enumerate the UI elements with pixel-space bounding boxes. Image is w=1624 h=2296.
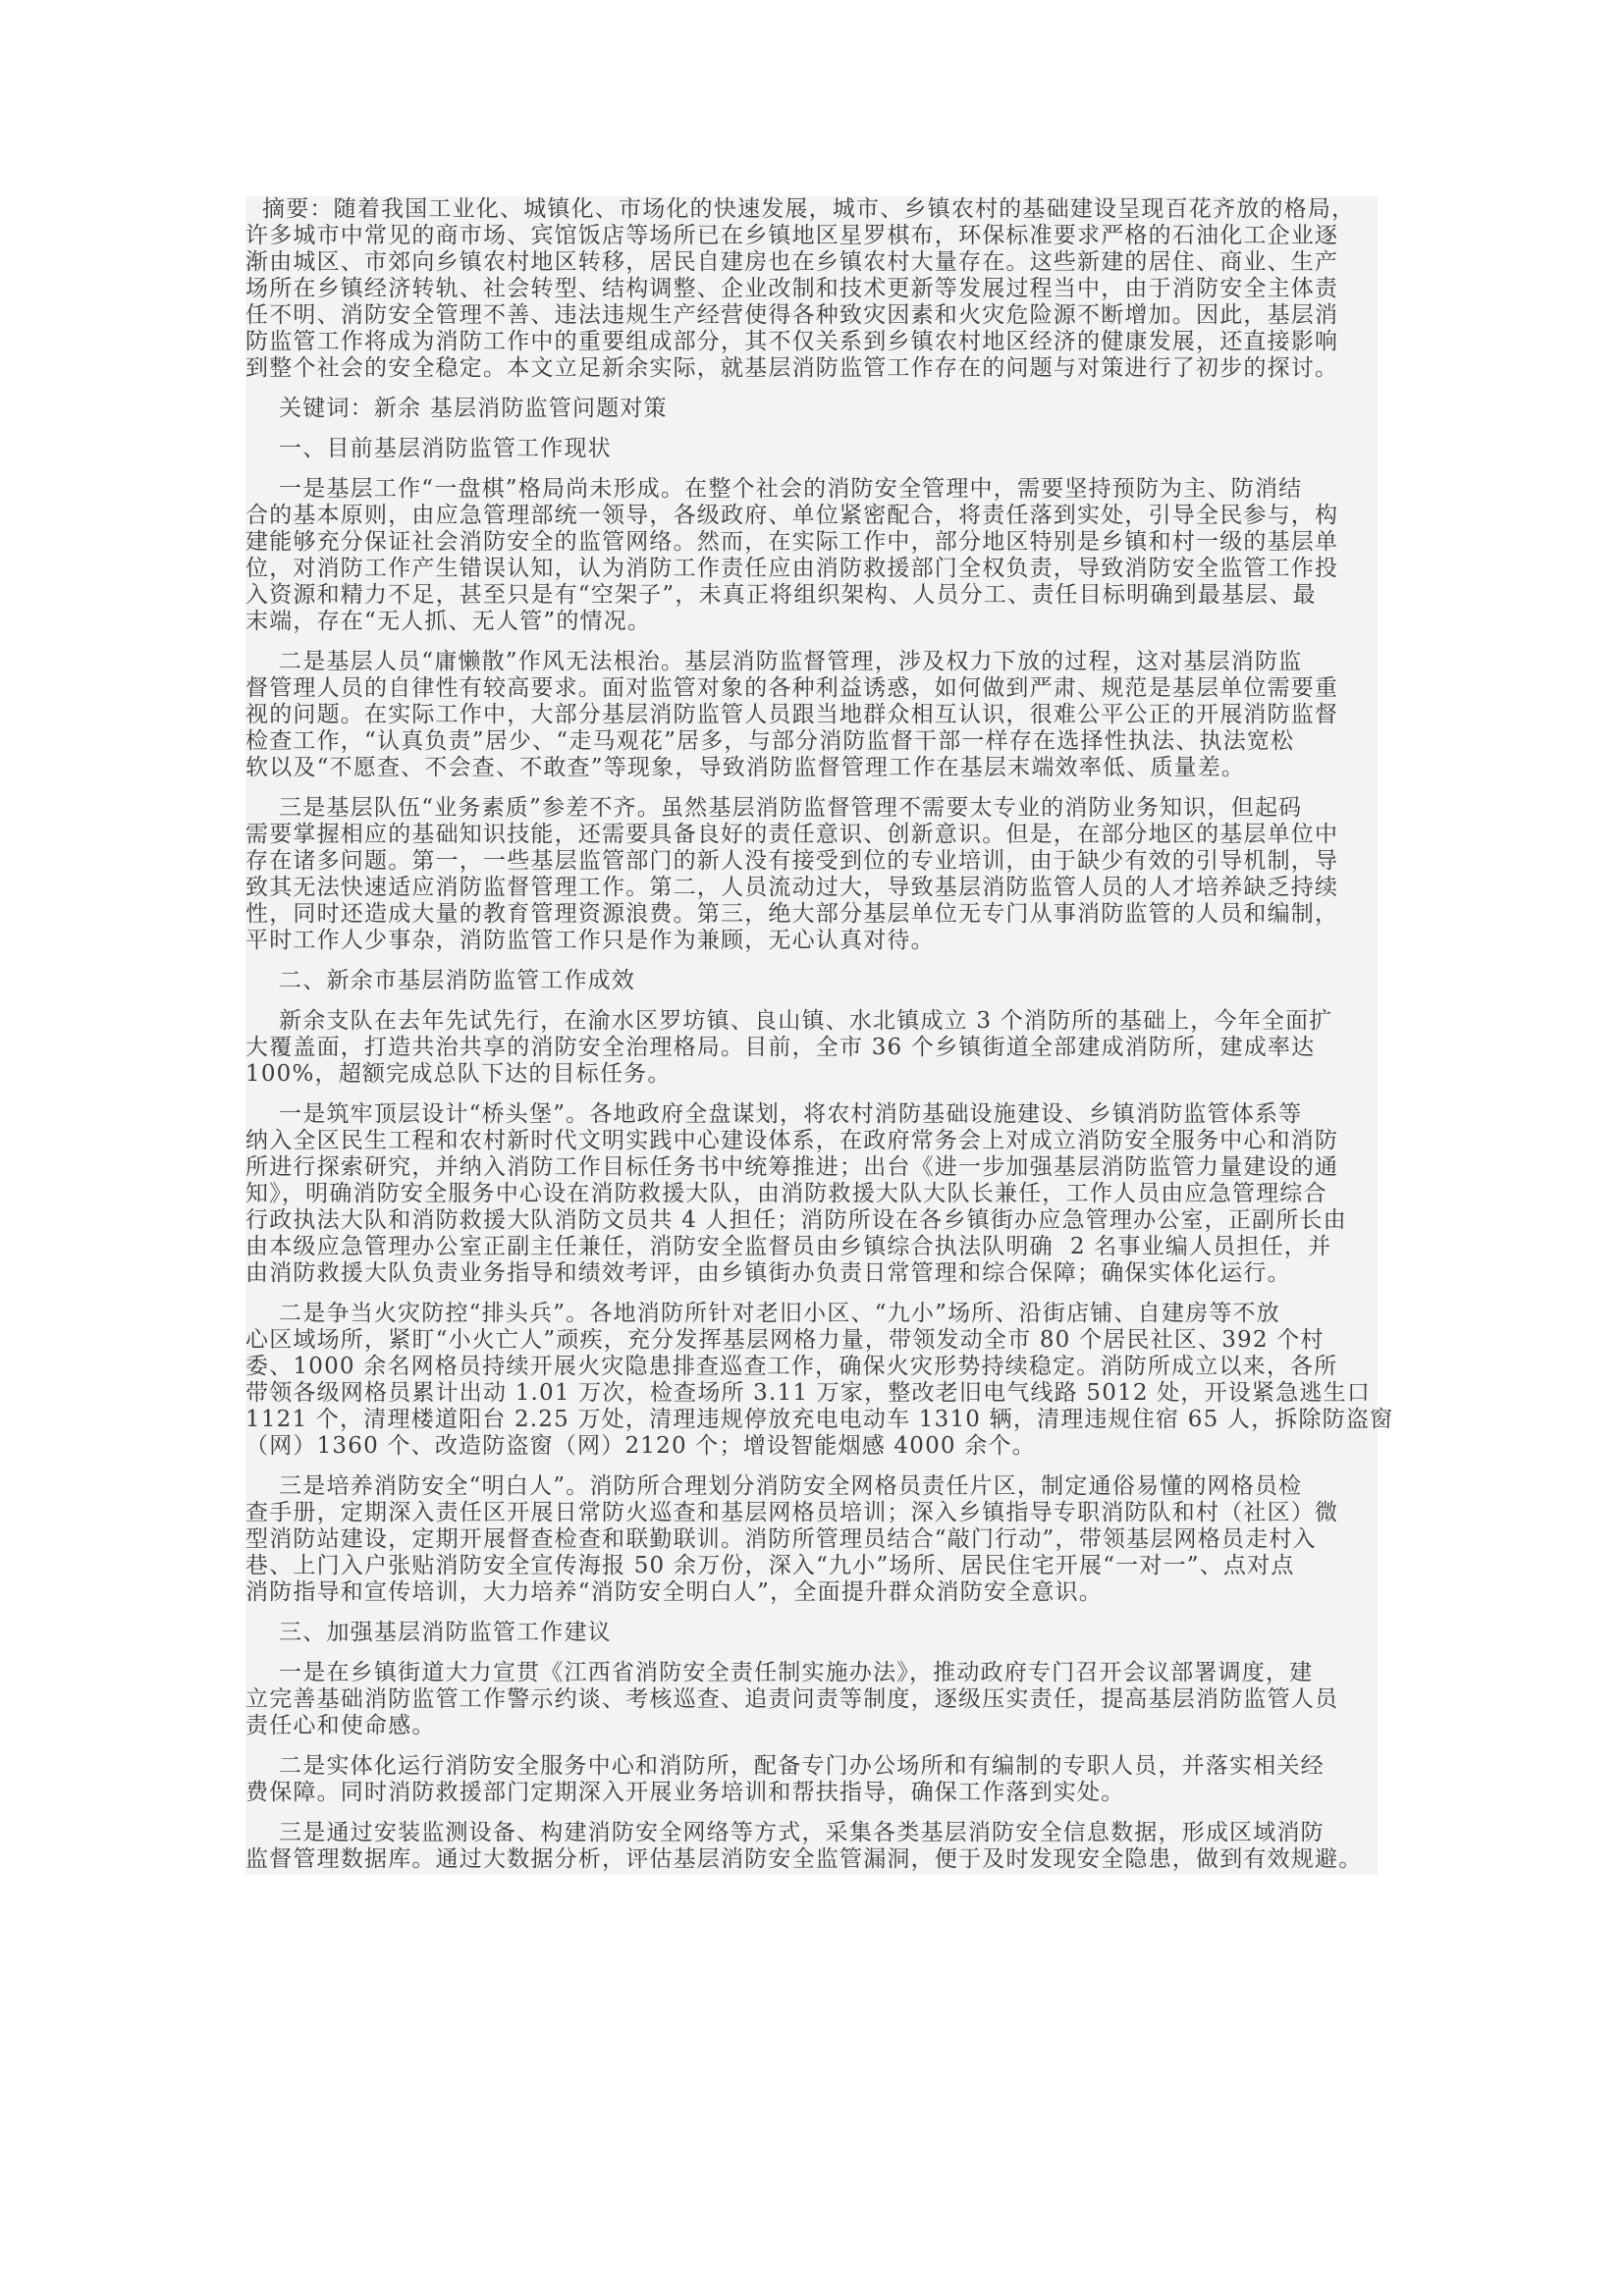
text-line: 三是基层队伍“业务素质”参差不齐。虽然基层消防监督管理不需要太专业的消防业务知识…: [245, 795, 1378, 822]
section-3-paragraph-1: 一是在乡镇街道大力宣贯《江西省消防安全责任制实施办法》，推动政府专门召开会议部署…: [245, 1660, 1378, 1739]
text-line: 二是争当火灾防控“排头兵”。各地消防所针对老旧小区、“九小”场所、沿街店铺、自建…: [245, 1301, 1378, 1327]
text-line: 三、加强基层消防监管工作建议: [245, 1620, 1378, 1646]
text-line: 由消防救援大队负责业务指导和绩效考评，由乡镇街办负责日常管理和综合保障；确保实体…: [245, 1260, 1378, 1287]
text-line: 监督管理数据库。通过大数据分析，评估基层消防安全监管漏洞，便于及时发现安全隐患，…: [245, 1846, 1378, 1873]
text-line: 一是在乡镇街道大力宣贯《江西省消防安全责任制实施办法》，推动政府专门召开会议部署…: [245, 1660, 1378, 1686]
text-line: 防监管工作将成为消防工作中的重要组成部分，其不仅关系到乡镇农村地区经济的健康发展…: [245, 329, 1378, 355]
keywords-paragraph: 关键词：新余 基层消防监管问题对策: [245, 396, 1378, 422]
section-1-paragraph-1: 一是基层工作“一盘棋”格局尚未形成。在整个社会的消防安全管理中，需要坚持预防为主…: [245, 476, 1378, 635]
text-line: 软以及“不愿查、不会查、不敢查”等现象，导致消防监督管理工作在基层末端效率低、质…: [245, 755, 1378, 781]
text-line: 巷、上门入户张贴消防安全宣传海报 50 余万份，深入“九小”场所、居民住宅开展“…: [245, 1553, 1378, 1579]
section-3-heading: 三、加强基层消防监管工作建议: [245, 1620, 1378, 1646]
section-2-paragraph-1: 一是筑牢顶层设计“桥头堡”。各地政府全盘谋划，将农村消防基础设施建设、乡镇消防监…: [245, 1101, 1378, 1287]
text-line: 查手册，定期深入责任区开展日常防火巡查和基层网格员培训；深入乡镇指导专职消防队和…: [245, 1500, 1378, 1526]
text-line: 视的问题。在实际工作中，大部分基层消防监管人员跟当地群众相互认识，很难公平公正的…: [245, 702, 1378, 728]
text-line: 所进行探索研究，并纳入消防工作目标任务书中统筹推进；出台《进一步加强基层消防监管…: [245, 1154, 1378, 1181]
text-line: 型消防站建设，定期开展督查检查和联勤联训。消防所管理员结合“敲门行动”，带领基层…: [245, 1526, 1378, 1553]
section-1-heading: 一、目前基层消防监管工作现状: [245, 436, 1378, 462]
text-line: 纳入全区民生工程和农村新时代文明实践中心建设体系，在政府常务会上对成立消防安全服…: [245, 1128, 1378, 1154]
text-line: 大覆盖面，打造共治共享的消防安全治理格局。目前，全市 36 个乡镇街道全部建成消…: [245, 1035, 1378, 1061]
text-line: 立完善基础消防监管工作警示约谈、考核巡查、追责问责等制度，逐级压实责任，提高基层…: [245, 1686, 1378, 1713]
text-line: 场所在乡镇经济转轨、社会转型、结构调整、企业改制和技术更新等发展过程当中，由于消…: [245, 276, 1378, 302]
text-line: 100%，超额完成总队下达的目标任务。: [245, 1061, 1378, 1088]
text-line: 存在诸多问题。第一，一些基层监管部门的新人没有接受到位的专业培训，由于缺少有效的…: [245, 848, 1378, 875]
section-2-paragraph-2: 二是争当火灾防控“排头兵”。各地消防所针对老旧小区、“九小”场所、沿街店铺、自建…: [245, 1301, 1378, 1460]
section-2-intro: 新余支队在去年先试先行，在渝水区罗坊镇、良山镇、水北镇成立 3 个消防所的基础上…: [245, 1008, 1378, 1088]
text-line: 督管理人员的自律性有较高要求。面对监管对象的各种利益诱惑，如何做到严肃、规范是基…: [245, 675, 1378, 702]
text-line: 二是基层人员“庸懒散”作风无法根治。基层消防监督管理，涉及权力下放的过程，这对基…: [245, 649, 1378, 675]
text-line: 检查工作，“认真负责”居少、“走马观花”居多，与部分消防监督干部一样存在选择性执…: [245, 728, 1378, 755]
text-line: 由本级应急管理办公室正副主任兼任，消防安全监督员由乡镇综合执法队明确 2 名事业…: [245, 1234, 1378, 1260]
text-line: 知》，明确消防安全服务中心设在消防救援大队，由消防救援大队大队长兼任，工作人员由…: [245, 1181, 1378, 1207]
text-line: 合的基本原则，由应急管理部统一领导，各级政府、单位紧密配合，将责任落到实处，引导…: [245, 503, 1378, 529]
text-line: 心区域场所，紧盯“小火亡人”顽疾，充分发挥基层网格力量，带领发动全市 80 个居…: [245, 1327, 1378, 1354]
text-line: 性，同时还造成大量的教育管理资源浪费。第三，绝大部分基层单位无专门从事消防监管的…: [245, 901, 1378, 928]
text-line: 许多城市中常见的商市场、宾馆饭店等场所已在乡镇地区星罗棋布，环保标准要求严格的石…: [245, 223, 1378, 249]
text-line: 带领各级网格员累计出动 1.01 万次，检查场所 3.11 万家，整改老旧电气线…: [245, 1380, 1378, 1407]
section-1-paragraph-2: 二是基层人员“庸懒散”作风无法根治。基层消防监督管理，涉及权力下放的过程，这对基…: [245, 649, 1378, 781]
text-line: 消防指导和宣传培训，大力培养“消防安全明白人”，全面提升群众消防安全意识。: [245, 1579, 1378, 1606]
text-line: 位，对消防工作产生错误认知，认为消防工作责任应由消防救援部门全权负责，导致消防安…: [245, 556, 1378, 582]
section-2-heading: 二、新余市基层消防监管工作成效: [245, 968, 1378, 994]
text-line: 一是筑牢顶层设计“桥头堡”。各地政府全盘谋划，将农村消防基础设施建设、乡镇消防监…: [245, 1101, 1378, 1128]
section-3-paragraph-2: 二是实体化运行消防安全服务中心和消防所，配备专门办公场所和有编制的专职人员，并落…: [245, 1753, 1378, 1806]
document-body: 摘要：随着我国工业化、城镇化、市场化的快速发展，城市、乡镇农村的基础建设呈现百花…: [245, 196, 1378, 1875]
text-line: 到整个社会的安全稳定。本文立足新余实际，就基层消防监管工作存在的问题与对策进行了…: [245, 355, 1378, 382]
section-2-paragraph-3: 三是培养消防安全“明白人”。消防所合理划分消防安全网格员责任片区，制定通俗易懂的…: [245, 1473, 1378, 1606]
text-line: 渐由城区、市郊向乡镇农村地区转移，居民自建房也在乡镇农村大量存在。这些新建的居住…: [245, 249, 1378, 276]
text-line: 致其无法快速适应消防监督管理工作。第二，人员流动过大，导致基层消防监管人员的人才…: [245, 875, 1378, 901]
text-line: 需要掌握相应的基础知识技能，还需要具备良好的责任意识、创新意识。但是，在部分地区…: [245, 822, 1378, 848]
text-line: 平时工作人少事杂，消防监管工作只是作为兼顾，无心认真对待。: [245, 928, 1378, 954]
text-line: 三是通过安装监测设备、构建消防安全网络等方式，采集各类基层消防安全信息数据，形成…: [245, 1820, 1378, 1846]
text-line: 责任心和使命感。: [245, 1713, 1378, 1739]
text-line: 费保障。同时消防救援部门定期深入开展业务培训和帮扶指导，确保工作落到实处。: [245, 1780, 1378, 1806]
section-1-paragraph-3: 三是基层队伍“业务素质”参差不齐。虽然基层消防监督管理不需要太专业的消防业务知识…: [245, 795, 1378, 954]
text-line: 关键词：新余 基层消防监管问题对策: [245, 396, 1378, 422]
text-line: 建能够充分保证社会消防安全的监管网络。然而，在实际工作中，部分地区特别是乡镇和村…: [245, 529, 1378, 556]
text-line: 三是培养消防安全“明白人”。消防所合理划分消防安全网格员责任片区，制定通俗易懂的…: [245, 1473, 1378, 1500]
text-line: 入资源和精力不足，甚至只是有“空架子”，未真正将组织架构、人员分工、责任目标明确…: [245, 582, 1378, 609]
text-line: 一是基层工作“一盘棋”格局尚未形成。在整个社会的消防安全管理中，需要坚持预防为主…: [245, 476, 1378, 503]
text-line: 摘要：随着我国工业化、城镇化、市场化的快速发展，城市、乡镇农村的基础建设呈现百花…: [245, 196, 1378, 223]
abstract-paragraph: 摘要：随着我国工业化、城镇化、市场化的快速发展，城市、乡镇农村的基础建设呈现百花…: [245, 196, 1378, 382]
text-line: 二是实体化运行消防安全服务中心和消防所，配备专门办公场所和有编制的专职人员，并落…: [245, 1753, 1378, 1780]
text-line: 一、目前基层消防监管工作现状: [245, 436, 1378, 462]
section-3-paragraph-3: 三是通过安装监测设备、构建消防安全网络等方式，采集各类基层消防安全信息数据，形成…: [245, 1820, 1378, 1873]
text-line: 末端，存在“无人抓、无人管”的情况。: [245, 609, 1378, 635]
text-line: 新余支队在去年先试先行，在渝水区罗坊镇、良山镇、水北镇成立 3 个消防所的基础上…: [245, 1008, 1378, 1035]
text-line: 行政执法大队和消防救援大队消防文员共 4 人担任；消防所设在各乡镇街办应急管理办…: [245, 1207, 1378, 1234]
text-line: 任不明、消防安全管理不善、违法违规生产经营使得各种致灾因素和火灾危险源不断增加。…: [245, 302, 1378, 329]
text-line: 委、1000 余名网格员持续开展火灾隐患排查巡查工作，确保火灾形势持续稳定。消防…: [245, 1354, 1378, 1380]
text-line: （网）1360 个、改造防盗窗（网）2120 个；增设智能烟感 4000 余个。: [245, 1433, 1378, 1460]
text-line: 二、新余市基层消防监管工作成效: [245, 968, 1378, 994]
text-line: 1121 个，清理楼道阳台 2.25 万处，清理违规停放充电电动车 1310 辆…: [245, 1407, 1378, 1433]
